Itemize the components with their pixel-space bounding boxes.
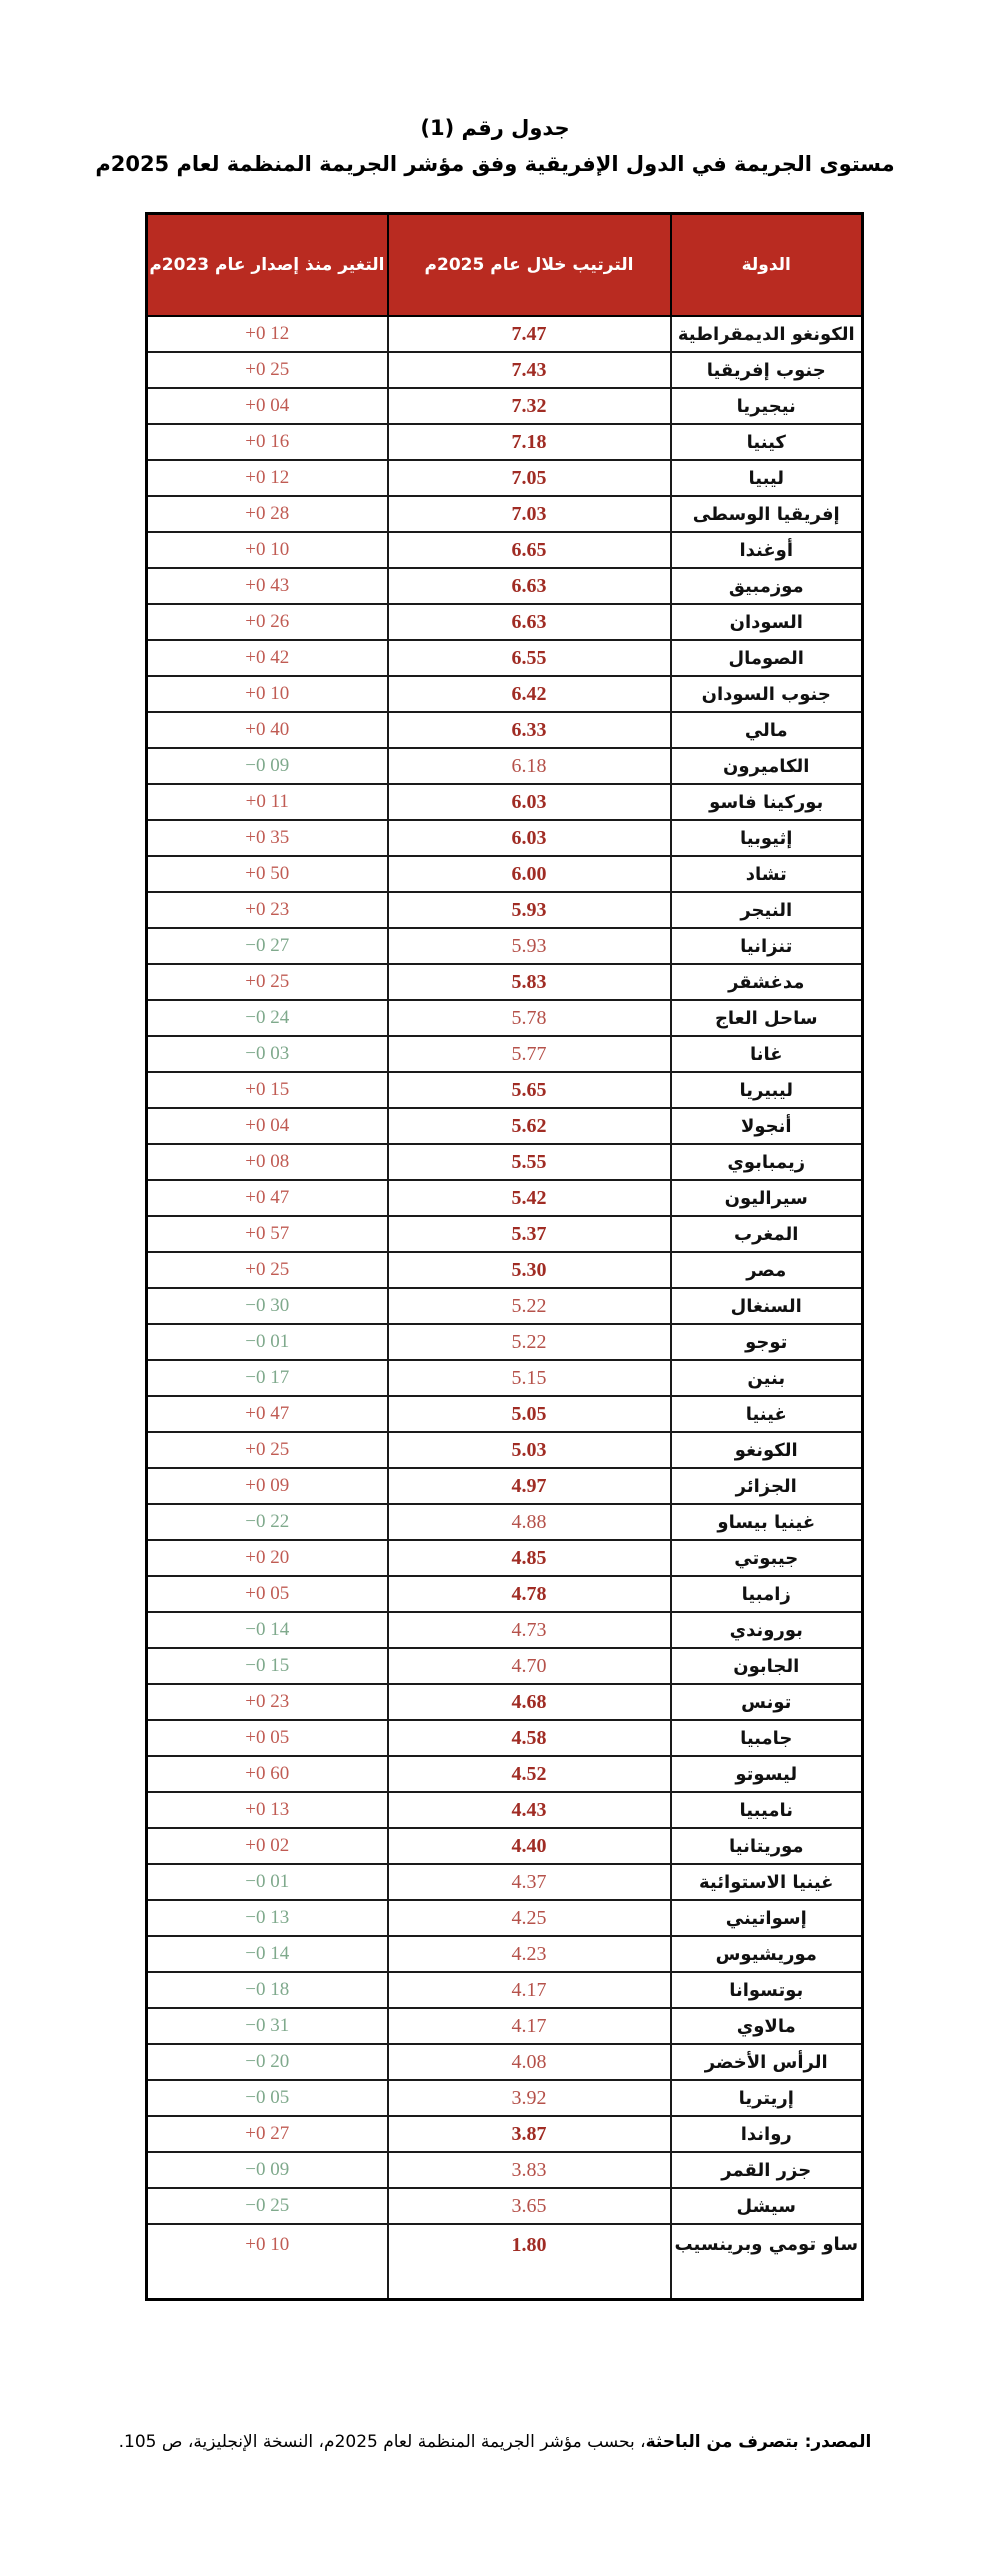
rank-value: 4.52 — [388, 1756, 671, 1792]
country-name: غينيا بيساو — [671, 1504, 863, 1540]
change-value: +0 50 — [147, 856, 388, 892]
country-name: كينيا — [671, 424, 863, 460]
country-name: ساحل العاج — [671, 1000, 863, 1036]
country-name: زيمبابوي — [671, 1144, 863, 1180]
country-name: سيراليون — [671, 1180, 863, 1216]
change-value: +0 09 — [147, 1468, 388, 1504]
table-row: جامبيا 4.58 +0 05 — [147, 1720, 863, 1756]
table-subtitle: مستوى الجريمة في الدول الإفريقية وفق مؤش… — [0, 152, 990, 176]
table-row: أنجولا 5.62 +0 04 — [147, 1108, 863, 1144]
rank-value: 7.32 — [388, 388, 671, 424]
rank-value: 3.65 — [388, 2188, 671, 2224]
country-name: ناميبيا — [671, 1792, 863, 1828]
rank-value: 5.30 — [388, 1252, 671, 1288]
change-value: +0 11 — [147, 784, 388, 820]
rank-value: 4.97 — [388, 1468, 671, 1504]
table-row: غانا 5.77 −0 03 — [147, 1036, 863, 1072]
table-row: الصومال 6.55 +0 42 — [147, 640, 863, 676]
table-row: إسواتيني 4.25 −0 13 — [147, 1900, 863, 1936]
rank-value: 4.08 — [388, 2044, 671, 2080]
table-row: غينيا بيساو 4.88 −0 22 — [147, 1504, 863, 1540]
change-value: +0 28 — [147, 496, 388, 532]
country-name: أوغندا — [671, 532, 863, 568]
table-row: ليبيا 7.05 +0 12 — [147, 460, 863, 496]
rank-value: 5.05 — [388, 1396, 671, 1432]
table-row: ليسوتو 4.52 +0 60 — [147, 1756, 863, 1792]
change-value: +0 27 — [147, 2116, 388, 2152]
rank-value: 4.23 — [388, 1936, 671, 1972]
change-value: +0 16 — [147, 424, 388, 460]
rank-value: 6.00 — [388, 856, 671, 892]
country-name: ليبيا — [671, 460, 863, 496]
rank-value: 4.70 — [388, 1648, 671, 1684]
country-name: الرأس الأخضر — [671, 2044, 863, 2080]
change-value: +0 20 — [147, 1540, 388, 1576]
table-row: مالي 6.33 +0 40 — [147, 712, 863, 748]
change-value: −0 20 — [147, 2044, 388, 2080]
country-name: الصومال — [671, 640, 863, 676]
change-value: −0 09 — [147, 2152, 388, 2188]
change-value: +0 10 — [147, 2224, 388, 2300]
table-row: غينيا الاستوائية 4.37 −0 01 — [147, 1864, 863, 1900]
change-value: +0 05 — [147, 1720, 388, 1756]
change-value: −0 14 — [147, 1936, 388, 1972]
country-name: بوركينا فاسو — [671, 784, 863, 820]
rank-value: 5.93 — [388, 892, 671, 928]
rank-value: 5.78 — [388, 1000, 671, 1036]
change-value: −0 01 — [147, 1864, 388, 1900]
change-value: +0 25 — [147, 352, 388, 388]
country-name: الكاميرون — [671, 748, 863, 784]
country-name: غينيا الاستوائية — [671, 1864, 863, 1900]
country-name: جيبوتي — [671, 1540, 863, 1576]
table-row: النيجر 5.93 +0 23 — [147, 892, 863, 928]
rank-value: 7.47 — [388, 316, 671, 352]
country-name: الكونغو — [671, 1432, 863, 1468]
country-name: مدغشقر — [671, 964, 863, 1000]
table-row: زامبيا 4.78 +0 05 — [147, 1576, 863, 1612]
rank-value: 5.55 — [388, 1144, 671, 1180]
change-value: +0 26 — [147, 604, 388, 640]
change-value: −0 14 — [147, 1612, 388, 1648]
change-value: −0 13 — [147, 1900, 388, 1936]
rank-value: 5.77 — [388, 1036, 671, 1072]
country-name: توجو — [671, 1324, 863, 1360]
rank-value: 4.78 — [388, 1576, 671, 1612]
country-name: موزمبيق — [671, 568, 863, 604]
country-name: تونس — [671, 1684, 863, 1720]
table-row: الكاميرون 6.18 −0 09 — [147, 748, 863, 784]
change-value: +0 13 — [147, 1792, 388, 1828]
change-value: −0 05 — [147, 2080, 388, 2116]
country-name: مالي — [671, 712, 863, 748]
rank-value: 4.17 — [388, 1972, 671, 2008]
table-row: سيراليون 5.42 +0 47 — [147, 1180, 863, 1216]
rank-value: 7.03 — [388, 496, 671, 532]
rank-value: 3.92 — [388, 2080, 671, 2116]
change-value: +0 25 — [147, 964, 388, 1000]
change-value: +0 43 — [147, 568, 388, 604]
table-row: الجابون 4.70 −0 15 — [147, 1648, 863, 1684]
country-name: موريشيوس — [671, 1936, 863, 1972]
change-value: +0 12 — [147, 460, 388, 496]
rank-value: 3.87 — [388, 2116, 671, 2152]
table-row: زيمبابوي 5.55 +0 08 — [147, 1144, 863, 1180]
country-name: الكونغو الديمقراطية — [671, 316, 863, 352]
rank-value: 7.43 — [388, 352, 671, 388]
column-header-country: الدولة — [671, 214, 863, 317]
rank-value: 5.42 — [388, 1180, 671, 1216]
country-name: المغرب — [671, 1216, 863, 1252]
country-name: بوروندي — [671, 1612, 863, 1648]
table-row: جنوب إفريقيا 7.43 +0 25 — [147, 352, 863, 388]
table-row: نيجيريا 7.32 +0 04 — [147, 388, 863, 424]
country-name: غانا — [671, 1036, 863, 1072]
change-value: −0 18 — [147, 1972, 388, 2008]
rank-value: 6.42 — [388, 676, 671, 712]
table-row: سيشل 3.65 −0 25 — [147, 2188, 863, 2224]
table-row: توجو 5.22 −0 01 — [147, 1324, 863, 1360]
country-name: أنجولا — [671, 1108, 863, 1144]
change-value: −0 22 — [147, 1504, 388, 1540]
change-value: −0 31 — [147, 2008, 388, 2044]
table-row: المغرب 5.37 +0 57 — [147, 1216, 863, 1252]
table-row: إريتريا 3.92 −0 05 — [147, 2080, 863, 2116]
table-row: ناميبيا 4.43 +0 13 — [147, 1792, 863, 1828]
country-name: بنين — [671, 1360, 863, 1396]
source-note: المصدر: بتصرف من الباحثة، بحسب مؤشر الجر… — [0, 2432, 990, 2452]
table-row: جيبوتي 4.85 +0 20 — [147, 1540, 863, 1576]
rank-value: 5.22 — [388, 1288, 671, 1324]
table-row: تشاد 6.00 +0 50 — [147, 856, 863, 892]
rank-value: 5.65 — [388, 1072, 671, 1108]
country-name: بوتسوانا — [671, 1972, 863, 2008]
country-name: تشاد — [671, 856, 863, 892]
table-row: أوغندا 6.65 +0 10 — [147, 532, 863, 568]
document-page: جدول رقم (1) مستوى الجريمة في الدول الإف… — [0, 0, 990, 2560]
table-row: بوركينا فاسو 6.03 +0 11 — [147, 784, 863, 820]
change-value: −0 25 — [147, 2188, 388, 2224]
rank-value: 6.03 — [388, 784, 671, 820]
change-value: −0 27 — [147, 928, 388, 964]
country-name: النيجر — [671, 892, 863, 928]
rank-value: 7.18 — [388, 424, 671, 460]
table-row: بوتسوانا 4.17 −0 18 — [147, 1972, 863, 2008]
rank-value: 6.03 — [388, 820, 671, 856]
rank-value: 4.37 — [388, 1864, 671, 1900]
country-name: غينيا — [671, 1396, 863, 1432]
table-row: غينيا 5.05 +0 47 — [147, 1396, 863, 1432]
country-name: السنغال — [671, 1288, 863, 1324]
table-row: الجزائر 4.97 +0 09 — [147, 1468, 863, 1504]
country-name: الجزائر — [671, 1468, 863, 1504]
change-value: −0 03 — [147, 1036, 388, 1072]
table-row: السودان 6.63 +0 26 — [147, 604, 863, 640]
rank-value: 5.37 — [388, 1216, 671, 1252]
change-value: −0 24 — [147, 1000, 388, 1036]
change-value: +0 25 — [147, 1252, 388, 1288]
rank-value: 4.68 — [388, 1684, 671, 1720]
change-value: +0 25 — [147, 1432, 388, 1468]
rank-value: 4.73 — [388, 1612, 671, 1648]
table-row: موريتانيا 4.40 +0 02 — [147, 1828, 863, 1864]
rank-value: 4.25 — [388, 1900, 671, 1936]
table-row: إثيوبيا 6.03 +0 35 — [147, 820, 863, 856]
table-row: ليبيريا 5.65 +0 15 — [147, 1072, 863, 1108]
country-name: إفريقيا الوسطى — [671, 496, 863, 532]
rank-value: 6.33 — [388, 712, 671, 748]
change-value: +0 40 — [147, 712, 388, 748]
country-name: سيشل — [671, 2188, 863, 2224]
title-block: جدول رقم (1) مستوى الجريمة في الدول الإف… — [0, 0, 990, 176]
column-header-rank-2025: الترتيب خلال عام 2025م — [388, 214, 671, 317]
change-value: −0 17 — [147, 1360, 388, 1396]
table-row: الرأس الأخضر 4.08 −0 20 — [147, 2044, 863, 2080]
rank-value: 6.63 — [388, 568, 671, 604]
table-row: مصر 5.30 +0 25 — [147, 1252, 863, 1288]
change-value: +0 42 — [147, 640, 388, 676]
rank-value: 4.43 — [388, 1792, 671, 1828]
country-name: مصر — [671, 1252, 863, 1288]
rank-value: 5.15 — [388, 1360, 671, 1396]
change-value: −0 30 — [147, 1288, 388, 1324]
source-text: ، بحسب مؤشر الجريمة المنظمة لعام 2025م، … — [119, 2432, 646, 2452]
change-value: +0 47 — [147, 1180, 388, 1216]
country-name: جنوب السودان — [671, 676, 863, 712]
rank-value: 3.83 — [388, 2152, 671, 2188]
change-value: −0 09 — [147, 748, 388, 784]
table-row: مالاوي 4.17 −0 31 — [147, 2008, 863, 2044]
rank-value: 7.05 — [388, 460, 671, 496]
table-row: الكونغو 5.03 +0 25 — [147, 1432, 863, 1468]
change-value: −0 15 — [147, 1648, 388, 1684]
column-header-change-2023: التغير منذ إصدار عام 2023م — [147, 214, 388, 317]
country-name: ساو تومي وبرينسيب — [671, 2224, 863, 2300]
source-label: المصدر: بتصرف من الباحثة — [646, 2432, 872, 2452]
header-row: الدولة الترتيب خلال عام 2025م التغير منذ… — [147, 214, 863, 317]
country-name: ليبيريا — [671, 1072, 863, 1108]
country-name: إسواتيني — [671, 1900, 863, 1936]
table-row: كينيا 7.18 +0 16 — [147, 424, 863, 460]
table-row: مدغشقر 5.83 +0 25 — [147, 964, 863, 1000]
change-value: +0 02 — [147, 1828, 388, 1864]
country-name: جنوب إفريقيا — [671, 352, 863, 388]
change-value: +0 57 — [147, 1216, 388, 1252]
table-row: ساحل العاج 5.78 −0 24 — [147, 1000, 863, 1036]
country-name: رواندا — [671, 2116, 863, 2152]
change-value: +0 60 — [147, 1756, 388, 1792]
table-row: السنغال 5.22 −0 30 — [147, 1288, 863, 1324]
country-name: إريتريا — [671, 2080, 863, 2116]
country-name: موريتانيا — [671, 1828, 863, 1864]
change-value: +0 47 — [147, 1396, 388, 1432]
table-number-title: جدول رقم (1) — [0, 116, 990, 140]
country-name: إثيوبيا — [671, 820, 863, 856]
change-value: +0 35 — [147, 820, 388, 856]
change-value: +0 23 — [147, 1684, 388, 1720]
rank-value: 5.83 — [388, 964, 671, 1000]
table-row: ساو تومي وبرينسيب 1.80 +0 10 — [147, 2224, 863, 2300]
change-value: +0 10 — [147, 532, 388, 568]
rank-value: 5.22 — [388, 1324, 671, 1360]
rank-value: 6.55 — [388, 640, 671, 676]
country-name: مالاوي — [671, 2008, 863, 2044]
table-row: رواندا 3.87 +0 27 — [147, 2116, 863, 2152]
rank-value: 5.03 — [388, 1432, 671, 1468]
change-value: −0 01 — [147, 1324, 388, 1360]
change-value: +0 04 — [147, 1108, 388, 1144]
rank-value: 5.62 — [388, 1108, 671, 1144]
country-name: ليسوتو — [671, 1756, 863, 1792]
rank-value: 5.93 — [388, 928, 671, 964]
table-row: إفريقيا الوسطى 7.03 +0 28 — [147, 496, 863, 532]
rank-value: 6.65 — [388, 532, 671, 568]
rank-value: 1.80 — [388, 2224, 671, 2300]
table-row: تونس 4.68 +0 23 — [147, 1684, 863, 1720]
table-row: بوروندي 4.73 −0 14 — [147, 1612, 863, 1648]
change-value: +0 12 — [147, 316, 388, 352]
country-name: السودان — [671, 604, 863, 640]
change-value: +0 23 — [147, 892, 388, 928]
country-name: تنزانيا — [671, 928, 863, 964]
change-value: +0 10 — [147, 676, 388, 712]
country-name: الجابون — [671, 1648, 863, 1684]
rank-value: 4.85 — [388, 1540, 671, 1576]
crime-index-table: الدولة الترتيب خلال عام 2025م التغير منذ… — [145, 212, 864, 2301]
rank-value: 6.18 — [388, 748, 671, 784]
table-row: الكونغو الديمقراطية 7.47 +0 12 — [147, 316, 863, 352]
table-row: موريشيوس 4.23 −0 14 — [147, 1936, 863, 1972]
change-value: +0 15 — [147, 1072, 388, 1108]
table-row: جنوب السودان 6.42 +0 10 — [147, 676, 863, 712]
change-value: +0 05 — [147, 1576, 388, 1612]
table-row: بنين 5.15 −0 17 — [147, 1360, 863, 1396]
rank-value: 4.17 — [388, 2008, 671, 2044]
change-value: +0 08 — [147, 1144, 388, 1180]
table-row: تنزانيا 5.93 −0 27 — [147, 928, 863, 964]
table-row: موزمبيق 6.63 +0 43 — [147, 568, 863, 604]
rank-value: 4.40 — [388, 1828, 671, 1864]
table-row: جزر القمر 3.83 −0 09 — [147, 2152, 863, 2188]
country-name: جزر القمر — [671, 2152, 863, 2188]
country-name: نيجيريا — [671, 388, 863, 424]
country-name: زامبيا — [671, 1576, 863, 1612]
rank-value: 4.58 — [388, 1720, 671, 1756]
rank-value: 4.88 — [388, 1504, 671, 1540]
rank-value: 6.63 — [388, 604, 671, 640]
change-value: +0 04 — [147, 388, 388, 424]
country-name: جامبيا — [671, 1720, 863, 1756]
